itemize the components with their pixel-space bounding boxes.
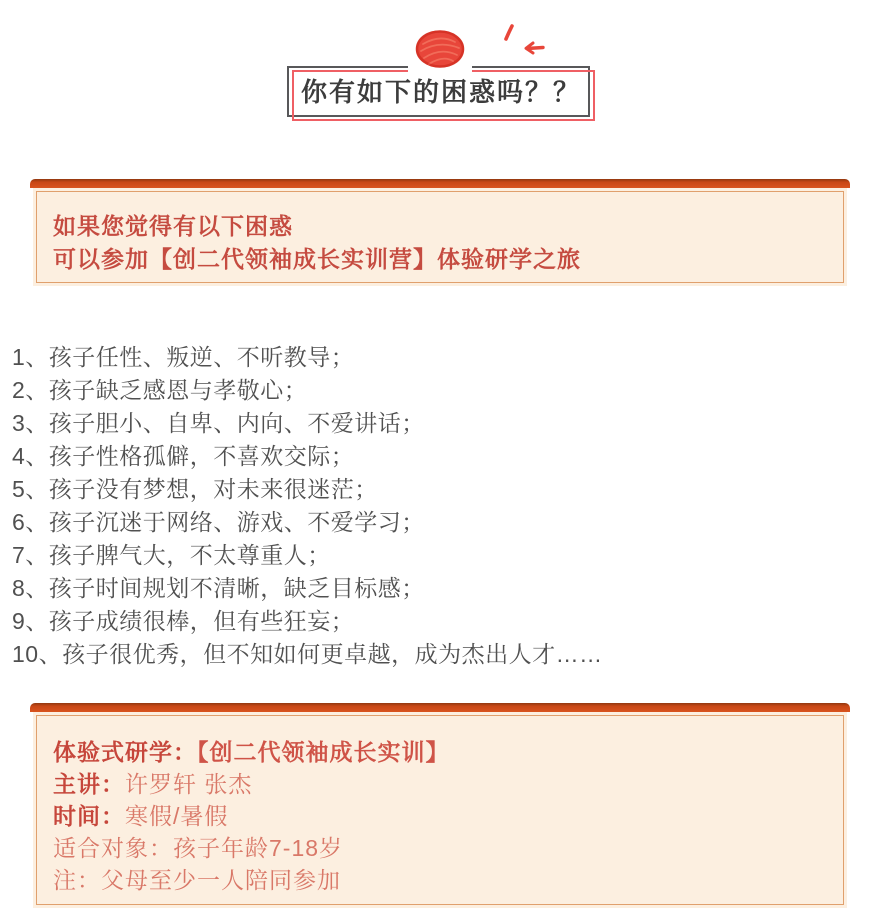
concern-item-7: 7、孩子脾气大，不太尊重人； [12,539,852,572]
concern-item-8: 8、孩子时间规划不清晰，缺乏目标感； [12,572,852,605]
info-value-note: 父母至少一人陪同参加 [101,867,341,893]
intro-panel-body: 如果您觉得有以下困惑 可以参加【创二代领袖成长实训营】体验研学之旅 [33,188,847,286]
info-panel: 体验式研学：【创二代领袖成长实训】 主讲：许罗轩 张杰 时间：寒假/暑假 适合对… [30,703,850,908]
intro-panel-top-bar [30,179,850,188]
info-value-program: 【创二代领袖成长实训】 [197,739,450,765]
info-panel-top-bar [30,703,850,712]
concern-item-1: 1、孩子任性、叛逆、不听教导； [12,341,852,374]
concern-item-4: 4、孩子性格孤僻，不喜欢交际； [12,440,852,473]
info-label-note: 注： [53,867,101,893]
info-row-note: 注：父母至少一人陪同参加 [53,864,827,896]
info-label-lecturer: 主讲： [53,771,125,797]
intro-line-2: 可以参加【创二代领袖成长实训营】体验研学之旅 [53,243,827,276]
promo-page: { "hero": { "icon_name": "scribble-circl… [0,0,884,920]
concern-item-2: 2、孩子缺乏感恩与孝敬心； [12,374,852,407]
info-row-lecturer: 主讲：许罗轩 张杰 [53,768,827,800]
info-panel-body: 体验式研学：【创二代领袖成长实训】 主讲：许罗轩 张杰 时间：寒假/暑假 适合对… [33,712,847,908]
concern-item-6: 6、孩子沉迷于网络、游戏、不爱学习； [12,506,852,539]
concern-item-5: 5、孩子没有梦想，对未来很迷茫； [12,473,852,506]
concern-item-10: 10、孩子很优秀，但不知如何更卓越，成为杰出人才…… [12,638,852,671]
info-value-lecturer: 许罗轩 张杰 [125,771,252,797]
info-value-audience: 孩子年龄7-18岁 [173,835,343,861]
info-value-time: 寒假/暑假 [125,803,228,829]
concerns-list: 1、孩子任性、叛逆、不听教导； 2、孩子缺乏感恩与孝敬心； 3、孩子胆小、自卑、… [12,341,852,671]
info-label-program: 体验式研学： [53,739,197,765]
info-row-program: 体验式研学：【创二代领袖成长实训】 [53,736,827,768]
info-label-audience: 适合对象： [53,835,173,861]
info-row-time: 时间：寒假/暑假 [53,800,827,832]
intro-panel: 如果您觉得有以下困惑 可以参加【创二代领袖成长实训营】体验研学之旅 [30,179,850,286]
scribble-circle-icon [395,20,555,76]
info-label-time: 时间： [53,803,125,829]
intro-line-1: 如果您觉得有以下困惑 [53,210,827,243]
info-row-audience: 适合对象：孩子年龄7-18岁 [53,832,827,864]
concern-item-3: 3、孩子胆小、自卑、内向、不爱讲话； [12,407,852,440]
hero-section: 你有如下的困惑吗？？ [0,0,884,150]
concern-item-9: 9、孩子成绩很棒，但有些狂妄； [12,605,852,638]
